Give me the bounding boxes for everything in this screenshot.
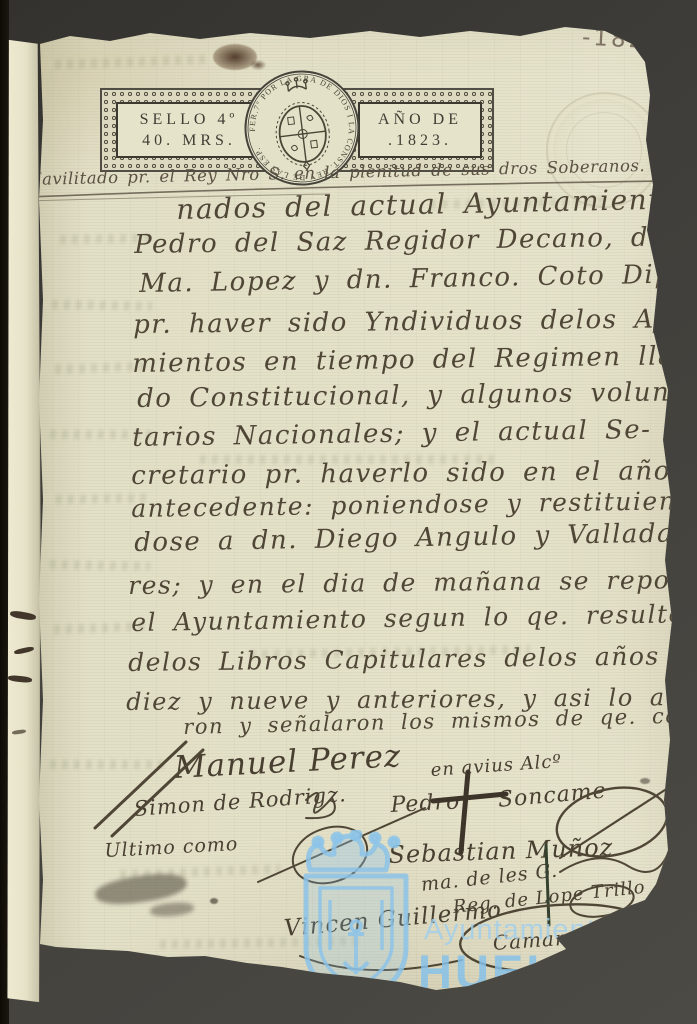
- manuscript-line: res; y en el dia de mañana se repondrá: [128, 565, 697, 600]
- manuscript-line: antecedente: poniendose y restituien-: [131, 486, 686, 523]
- signature: Camara: [492, 925, 579, 955]
- manuscript-line: Pedro del Saz Regidor Decano, dn. Jose: [134, 221, 697, 260]
- signature: Simon de Rodrigz.: [133, 782, 347, 821]
- stamp-sello-label: SELLO 4º: [140, 109, 239, 130]
- stamp-year-box: AÑO DE .1823.: [358, 102, 482, 158]
- ink-mark: [8, 675, 32, 683]
- scanned-document: SELLO 4º 40. MRS. AÑO DE .1823. FER.7º P…: [0, 0, 697, 1024]
- signature: Soncame: [497, 779, 608, 813]
- manuscript-line: mientos en tiempo del Regimen llama-: [132, 341, 697, 379]
- signature: Sebastian Muñoz: [388, 833, 614, 869]
- page-number-pencil: -182-9: [581, 25, 675, 56]
- manuscript-line: tarios Nacionales; y el actual Se-: [132, 415, 652, 453]
- manuscript-line: do Constitucional, y algunos volun-: [137, 377, 681, 414]
- signature: Ultimo como: [104, 833, 239, 862]
- bleedthrough-text: [55, 55, 205, 69]
- stamp-year-value: .1823.: [388, 130, 452, 151]
- ink-mark: [10, 610, 37, 621]
- speck: [210, 898, 218, 904]
- bleedthrough-text: [50, 560, 150, 571]
- ink-mark: [14, 646, 35, 655]
- speck: [640, 778, 650, 784]
- stamp-ano-label: AÑO DE: [378, 109, 462, 130]
- stamp-value-label: 40. MRS.: [142, 130, 236, 151]
- manuscript-line: Ma. Lopez y dn. Franco. Coto Diputados,: [139, 258, 697, 299]
- manuscript-line: dose a dn. Diego Angulo y Vallada-: [134, 518, 685, 558]
- signature: Vincen Guillermo: [283, 897, 503, 942]
- ink-mark: [12, 729, 26, 735]
- manuscript-line: pr. haver sido Yndividuos delos Ayunta-: [133, 304, 697, 340]
- manuscript-line: cretario pr. haverlo sido en el año: [131, 456, 671, 491]
- smudge-mark: [150, 901, 195, 918]
- signature: Manuel Perez: [173, 738, 402, 786]
- previous-page-edge: [6, 30, 42, 1012]
- manuscript-page: SELLO 4º 40. MRS. AÑO DE .1823. FER.7º P…: [0, 0, 697, 1024]
- bleedthrough-text: [160, 937, 360, 949]
- ink-blot: [250, 60, 266, 70]
- manuscript-line: delos Libros Capitulares delos años de: [128, 641, 697, 677]
- bleedthrough-text: [50, 760, 170, 769]
- signature: Pedro: [390, 789, 461, 818]
- manuscript-line: el Ayuntamiento segun lo qe. resulte: [131, 599, 685, 637]
- signature: en avius Alcº: [430, 751, 563, 781]
